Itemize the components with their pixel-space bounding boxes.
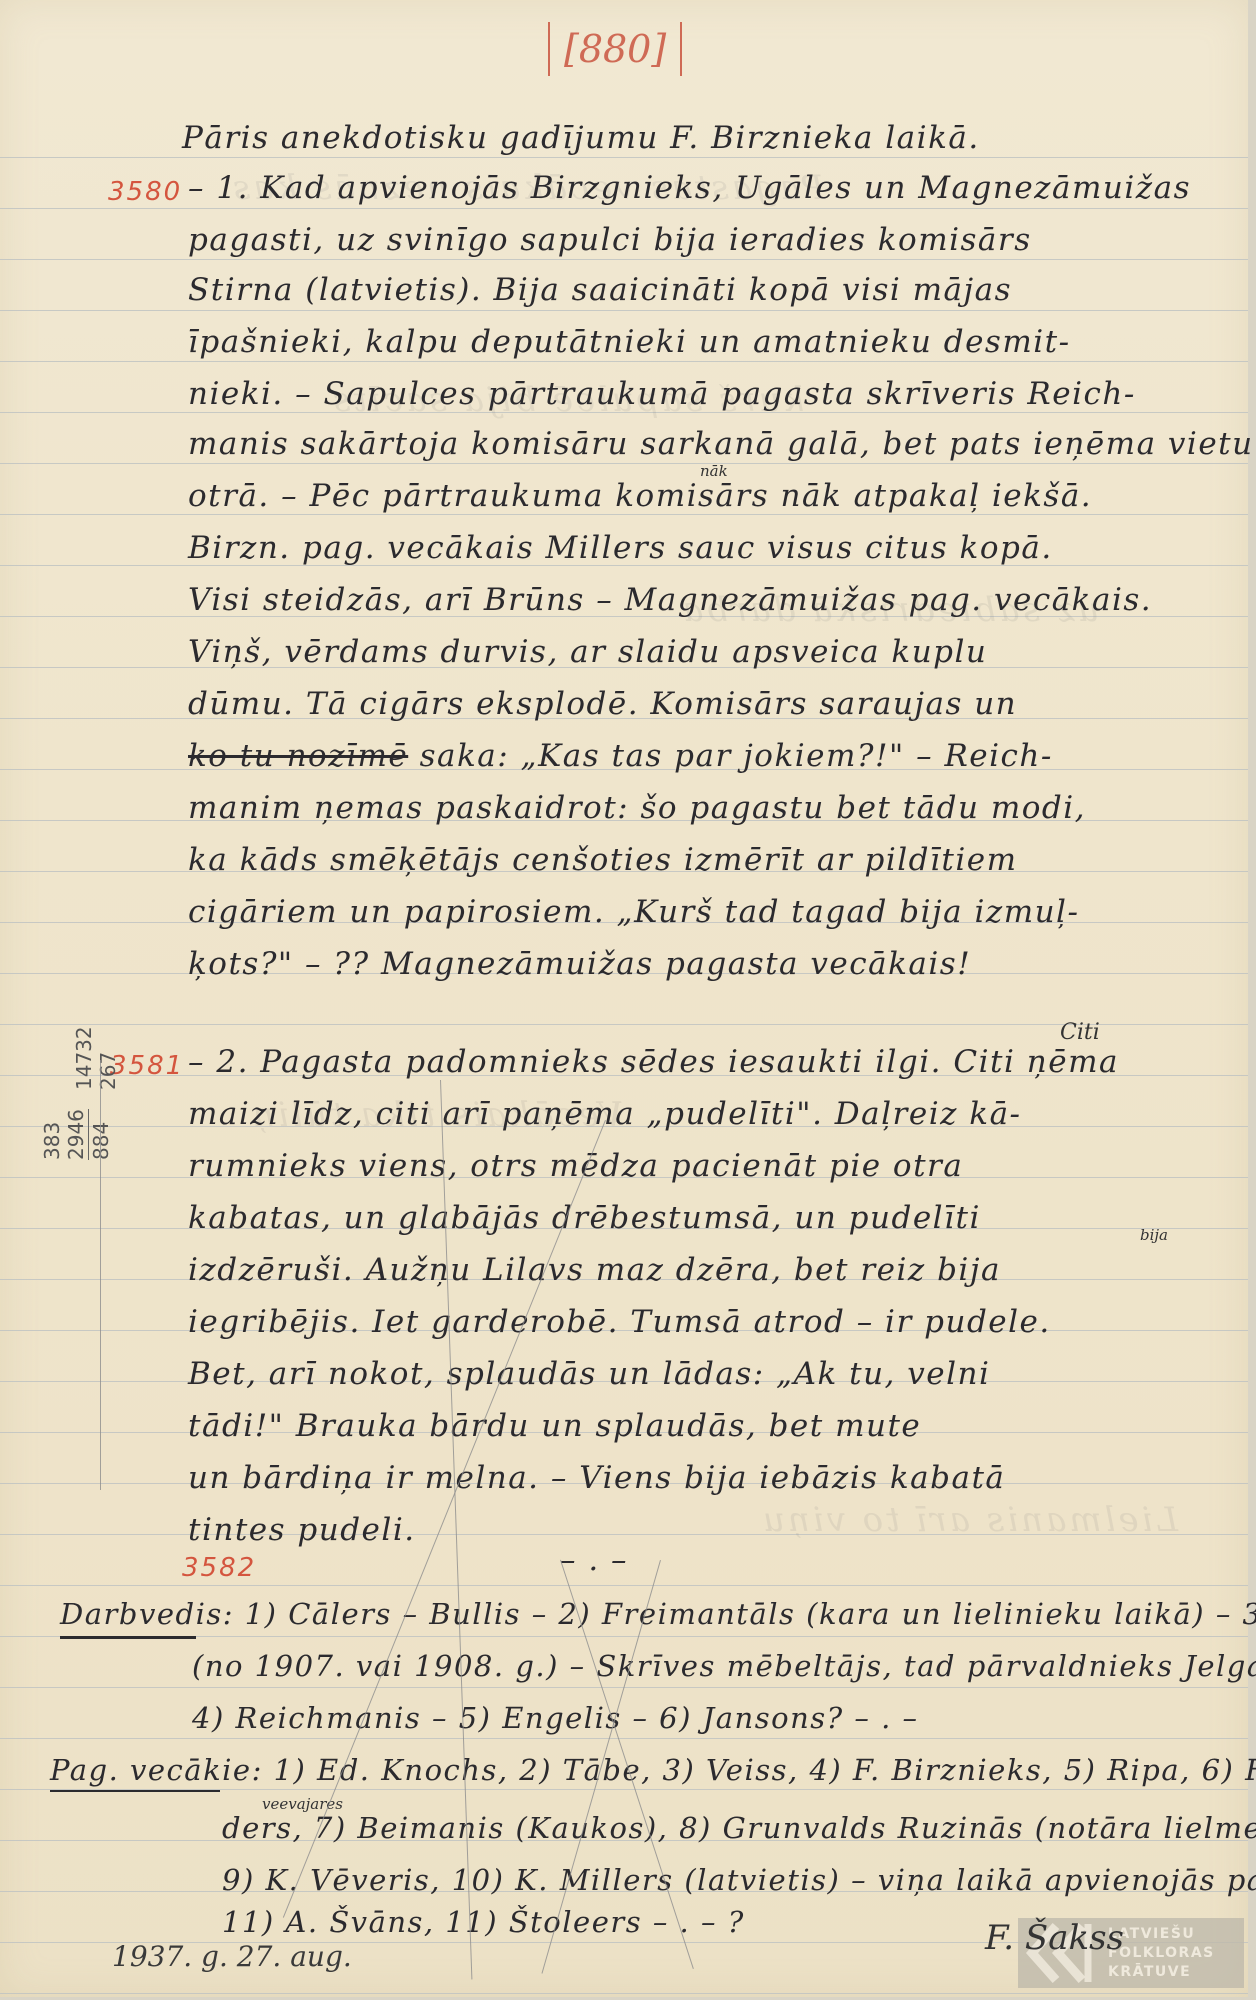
entry-3581-line: izdzēruši. Aužņu Lilavs maz dzēra, bet r… xyxy=(188,1250,1001,1290)
watermark-line: FOLKLORAS xyxy=(1108,1944,1215,1963)
entry-3580-line: manim ņemas paskaidrot: šo pagastu bet t… xyxy=(188,788,1086,828)
archive-number: [880] xyxy=(548,22,682,76)
entry-3580-line: – 1. Kad apvienojās Birzgnieks, Ugāles u… xyxy=(188,168,1191,208)
entry-3580-line: pagasti, uz svinīgo sapulci bija ieradie… xyxy=(188,220,1032,260)
pencil-stroke xyxy=(100,1060,101,1490)
label-underline xyxy=(60,1636,196,1639)
label-underline xyxy=(50,1790,220,1792)
entry-3580-line: Visi steidzās, arī Brūns – Magnezāmuižas… xyxy=(188,580,1152,620)
entry-3580-line: nieki. – Sapulces pārtraukumā pagasta sk… xyxy=(188,374,1136,414)
margin-calculation-2: 14732 267 xyxy=(72,1026,120,1090)
entry-3582-line: (no 1907. vai 1908. g.) – Skrīves mēbelt… xyxy=(192,1646,1256,1686)
entry-3580-line-text: saka: „Kas tas par jokiem?!" – Reich- xyxy=(420,738,1053,774)
entry-3581-line: kabatas, un glabājās drēbestumsā, un pud… xyxy=(188,1198,981,1238)
entry-3581-line: Bet, arī nokot, splaudās un lādas: „Ak t… xyxy=(188,1354,990,1394)
ruled-line xyxy=(0,1738,1248,1739)
elders-line: ders, 7) Beimanis (Kaukos), 8) Grunvalds… xyxy=(222,1808,1256,1848)
entry-3580-line: ķots?" – ?? Magnezāmuižas pagasta vecāka… xyxy=(188,944,971,984)
entry-3580-line: īpašnieki, kalpu deputātnieki un amatnie… xyxy=(188,322,1071,362)
calc-value: 14732 xyxy=(72,1026,96,1090)
calc-value: 2946 xyxy=(64,1109,88,1160)
entry-3581-line: tintes pudeli. xyxy=(188,1510,416,1550)
entry-3581-line: – 2. Pagasta padomnieks sēdes iesaukti i… xyxy=(188,1042,1119,1082)
entry-3580-line: ka kāds smēķētājs cenšoties izmērīt ar p… xyxy=(188,840,1018,880)
entry-3580-line: Birzn. pag. vecākais Millers sauc visus … xyxy=(188,528,1053,568)
document-title: Pāris anekdotisku gadījumu F. Birznieka … xyxy=(182,118,980,158)
document-date: 1937. g. 27. aug. xyxy=(112,1940,352,1973)
entry-number-3581: 3581 xyxy=(110,1046,184,1086)
entry-3580-line: Viņš, vērdams durvis, ar slaidu apsveica… xyxy=(188,632,987,672)
entry-3581-line: rumnieks viens, otrs mēdza pacienāt pie … xyxy=(188,1146,963,1186)
elders-line: Pag. vecākie: 1) Ed. Knochs, 2) Tābe, 3)… xyxy=(50,1750,1256,1790)
entry-3581-line: iegribējis. Iet garderobē. Tumsā atrod –… xyxy=(188,1302,1051,1342)
entry-3580-line: otrā. – Pēc pārtraukuma komisārs nāk atp… xyxy=(188,476,1092,516)
entry-3580-line: dūmu. Tā cigārs eksplodē. Komisārs sarau… xyxy=(188,684,1017,724)
elders-line: 9) K. Vēveris, 10) K. Millers (latvietis… xyxy=(222,1860,1256,1900)
entry-3580-line: ko tu nozīmē saka: „Kas tas par jokiem?!… xyxy=(188,736,1053,776)
watermark-line: KRĀTUVE xyxy=(1108,1963,1215,1982)
entry-3581-line: maizi līdz, citi arī paņēma „pudelīti". … xyxy=(188,1094,1022,1134)
struck-text: ko tu nozīmē xyxy=(188,738,408,774)
entry-3581-line: un bārdiņa ir melna. – Viens bija iebāzi… xyxy=(188,1458,1005,1498)
section-end-mark: – . – xyxy=(560,1540,628,1580)
insertion-bija: bija xyxy=(1140,1226,1168,1244)
bleed-through-text: Lielmanis arī to viņu xyxy=(760,1500,1178,1540)
entry-number-3580: 3580 xyxy=(108,172,182,212)
manuscript-page: Pagastas vecākais neznās kas kurš sapulc… xyxy=(0,0,1248,1997)
watermark-text: LATVIEŠU FOLKLORAS KRĀTUVE xyxy=(1108,1925,1215,1982)
entry-3582-line-text: Darbvedis: 1) Cālers – Bullis – 2) Freim… xyxy=(60,1597,1256,1631)
margin-calculation: 383 2946 884 xyxy=(40,1109,113,1160)
entry-3582-line: Darbvedis: 1) Cālers – Bullis – 2) Freim… xyxy=(60,1594,1256,1634)
entry-3582-line: 4) Reichmanis – 5) Engelis – 6) Jansons?… xyxy=(192,1698,919,1738)
ruled-line xyxy=(0,208,1248,209)
entry-3580-line: Stirna (latvietis). Bija saaicināti kopā… xyxy=(188,270,1012,310)
elders-line: 11) A. Švāns, 11) Štoleers – . – ? xyxy=(222,1902,745,1942)
entry-number-3582: 3582 xyxy=(182,1548,256,1588)
entry-3580-line: cigāriem un papirosiem. „Kurš tad tagad … xyxy=(188,892,1079,932)
entry-3580-line: manis sakārtoja komisāru sarkanā galā, b… xyxy=(188,424,1254,464)
calc-value: 383 xyxy=(40,1109,64,1160)
watermark-line: LATVIEŠU xyxy=(1108,1925,1215,1944)
ruled-line xyxy=(0,310,1248,311)
entry-3581-line: tādi!" Brauka bārdu un splaudās, bet mut… xyxy=(188,1406,921,1446)
ruled-line xyxy=(0,1993,1248,1994)
signature: F. Šakss xyxy=(985,1918,1124,1958)
